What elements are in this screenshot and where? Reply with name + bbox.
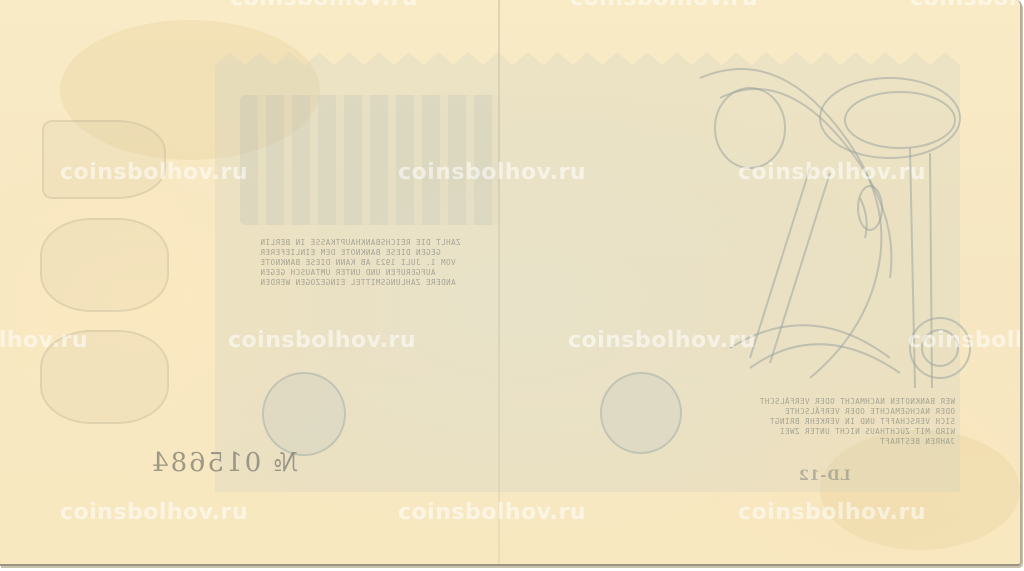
series-code: LD-12 (798, 468, 851, 484)
site-watermark: coinsbolhov.ru (60, 160, 248, 185)
serial-number: № 015684 (150, 448, 298, 478)
site-watermark: coinsbolhov.ru (910, 0, 1022, 11)
site-watermark: coinsbolhov.ru (228, 328, 416, 353)
site-watermark: coinsbolhov.ru (568, 328, 756, 353)
seal-stamp-left (262, 372, 346, 456)
banknote: ZAHLT DIE REICHSBANKHAUPTKASSE IN BERLIN… (0, 0, 1022, 566)
site-watermark: coinsbolhov.ru (398, 500, 586, 525)
seal-stamp-right (600, 372, 682, 454)
site-watermark: coinsbolhov.ru (570, 0, 758, 11)
show-through-ornament (40, 218, 169, 312)
mirrored-legal-text-right: WER BANKNOTEN NACHMACHT ODER VERFÄLSCHT … (730, 397, 955, 447)
site-watermark: coinsbolhov.ru (60, 500, 248, 525)
site-watermark: coinsbolhov.ru (738, 160, 926, 185)
site-watermark: coinsbolhov.ru (908, 328, 1022, 353)
mirrored-legal-text-left: ZAHLT DIE REICHSBANKHAUPTKASSE IN BERLIN… (260, 238, 500, 288)
site-watermark: coinsbolhov.ru (398, 160, 586, 185)
site-watermark: coinsbolhov.ru (738, 500, 926, 525)
site-watermark: coinsbolhov.ru (0, 328, 88, 353)
photo-scene: ZAHLT DIE REICHSBANKHAUPTKASSE IN BERLIN… (0, 0, 1024, 571)
site-watermark: coinsbolhov.ru (230, 0, 418, 11)
